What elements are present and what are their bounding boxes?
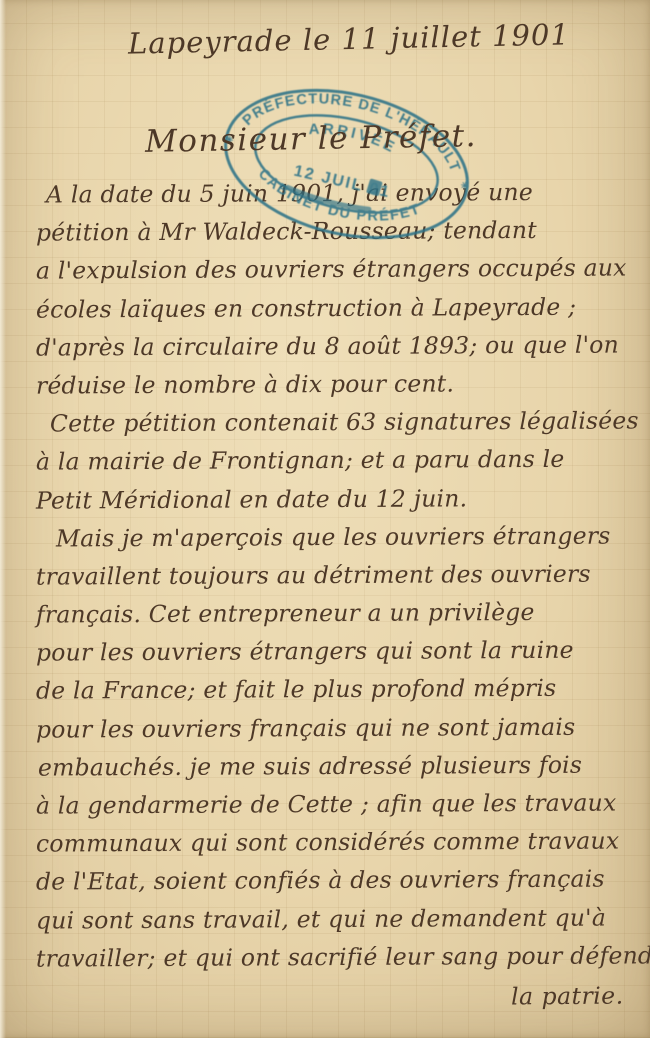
body-line: de l'Etat, soient confiés à des ouvriers… bbox=[36, 865, 646, 906]
body-line: pour les ouvriers étrangers qui sont la … bbox=[36, 636, 646, 677]
body-line: Cette pétition contenait 63 signatures l… bbox=[36, 407, 646, 448]
body-line: a l'expulsion des ouvriers étrangers occ… bbox=[36, 254, 646, 295]
body-line: de la France; et fait le plus profond mé… bbox=[36, 674, 646, 715]
body-line: pour les ouvriers français qui ne sont j… bbox=[36, 712, 646, 753]
stamp-star-right-icon: ✳ bbox=[459, 180, 470, 193]
prefecture-arrival-stamp: PRÉFECTURE DE L'HÉRAULT CABINET DU PRÉFE… bbox=[194, 74, 499, 254]
body-line: Petit Méridional en date du 12 juin. bbox=[36, 483, 646, 524]
paper-left-edge bbox=[0, 0, 6, 1038]
letter-scan-page: Lapeyrade le 11 juillet 1901 PRÉFECTURE … bbox=[0, 0, 650, 1038]
body-line: à la gendarmerie de Cette ; afin que les… bbox=[36, 788, 646, 829]
body-line: embauchés. je me suis adressé plusieurs … bbox=[36, 750, 646, 791]
body-line: français. Cet entrepreneur a un privilèg… bbox=[36, 597, 646, 638]
body-line: qui sont sans travail, et qui ne demande… bbox=[36, 903, 646, 944]
body-line: travailler; et qui ont sacrifié leur san… bbox=[36, 941, 646, 982]
body-line: à la mairie de Frontignan; et a paru dan… bbox=[36, 445, 646, 486]
body-line: Mais je m'aperçois que les ouvriers étra… bbox=[36, 521, 646, 562]
letter-salutation: Monsieur le Préfet. bbox=[145, 118, 478, 160]
body-line: communaux qui sont considérés comme trav… bbox=[36, 827, 646, 868]
letter-dateline: Lapeyrade le 11 juillet 1901 bbox=[128, 17, 570, 60]
body-line: travaillent toujours au détriment des ou… bbox=[36, 559, 646, 600]
body-line: écoles laïques en construction à Lapeyra… bbox=[36, 292, 646, 333]
body-line: d'après la circulaire du 8 août 1893; ou… bbox=[36, 330, 646, 371]
body-line: réduise le nombre à dix pour cent. bbox=[36, 368, 646, 409]
letter-body: A la date du 5 juin 1901, j'ai envoyé un… bbox=[36, 179, 646, 981]
letter-closing-line: la patrie. bbox=[511, 982, 624, 1011]
